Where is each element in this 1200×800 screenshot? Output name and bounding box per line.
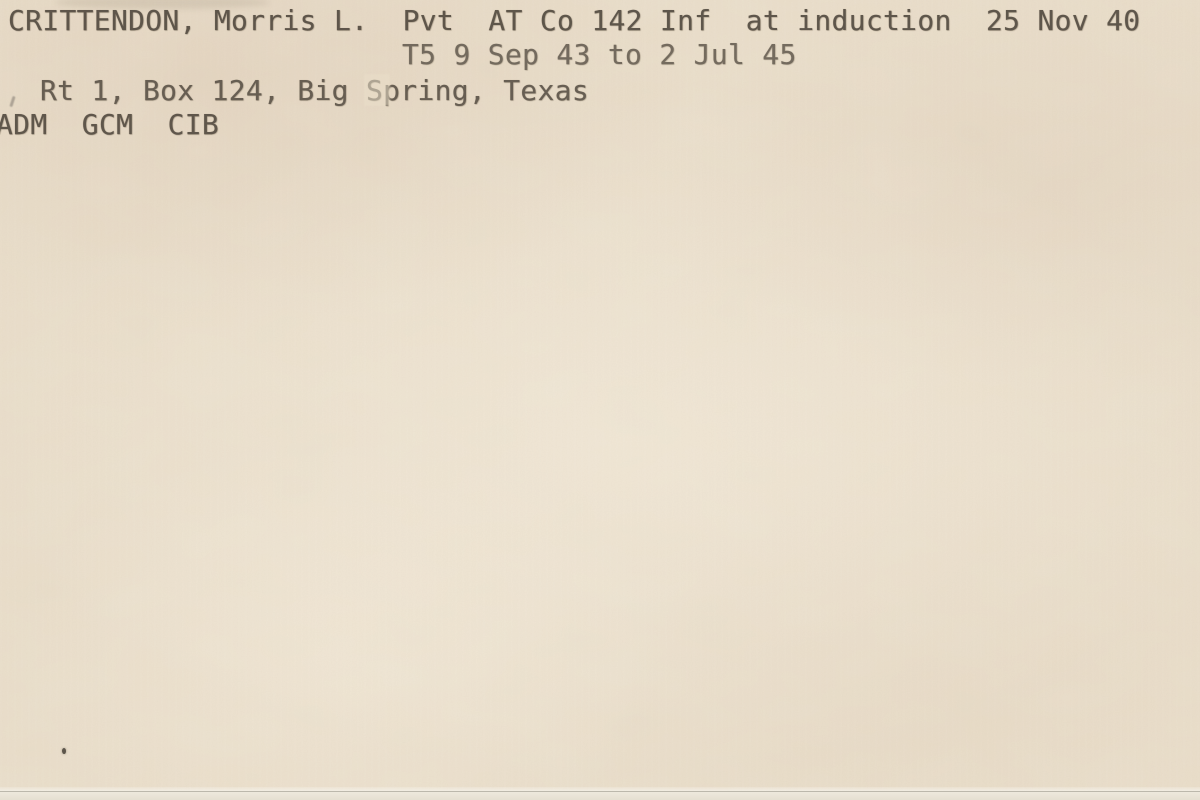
address-line: Rt 1, Box 124, Big Spring, Texas [40,76,589,106]
stray-pen-mark [9,96,15,107]
backing-surface [0,792,1200,800]
ink-speck [62,748,66,754]
index-card: CRITTENDON, Morris L. Pvt AT Co 142 Inf … [0,0,1200,800]
name-rank-unit-line: CRITTENDON, Morris L. Pvt AT Co 142 Inf … [8,6,1140,36]
awards-line: ADM GCM CIB [0,110,219,140]
grade-date-range-line: T5 9 Sep 43 to 2 Jul 45 [402,40,797,70]
